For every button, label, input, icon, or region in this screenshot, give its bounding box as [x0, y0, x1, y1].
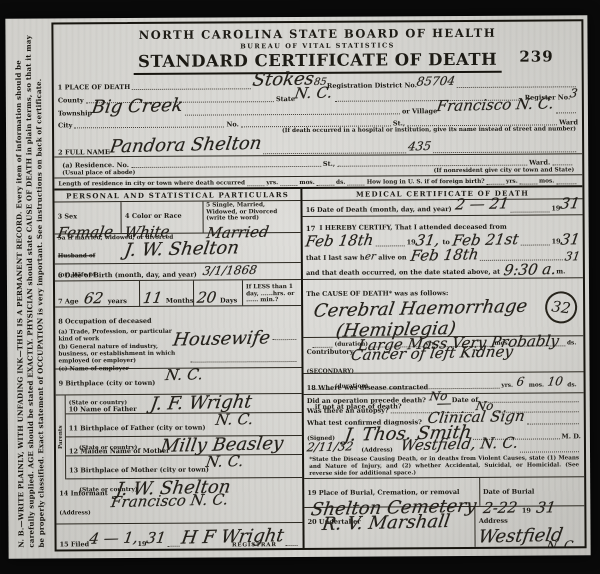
birthplace-value: N. C.	[165, 368, 204, 382]
undertaker-address-label: Address	[479, 517, 508, 525]
village-value: Francisco N. C.	[436, 98, 555, 114]
occupation-label: 8 Occupation of deceased	[58, 317, 151, 326]
form-header: NORTH CAROLINA STATE BOARD OF HEALTH BUR…	[53, 21, 581, 78]
margin-instructions: N. B.—WRITE PLAINLY, WITH UNFADING INK—T…	[6, 23, 53, 555]
dotted-rule	[527, 423, 579, 425]
age-label: 7 Age	[58, 298, 79, 306]
mother-bp-value: N. C.	[205, 455, 244, 469]
months-label: Months	[166, 297, 194, 305]
from-year-value: 31,	[415, 234, 441, 247]
howlong-label: How long in U. S. if of foreign birth?	[367, 179, 485, 186]
burial-year-value: 31	[535, 501, 556, 514]
two-column-area: PERSONAL AND STATISTICAL PARTICULARS 3 S…	[54, 187, 584, 549]
abode-note: (Usual place of abode)	[62, 170, 135, 177]
age-days-value: 20	[196, 292, 217, 305]
burial-row: 19 Place of Burial, Cremation, or remova…	[304, 477, 584, 508]
certify-line-1: 17 I HEREBY CERTIFY, That I attended dec…	[306, 216, 580, 233]
age-years-value: 62	[83, 292, 104, 305]
certificate-number: 239	[519, 47, 553, 65]
informant-address-value: Francisco N. C.	[110, 493, 229, 509]
mother-cell: 12 Maiden Name of Mother Milly Beasley	[66, 436, 302, 456]
undertaker-value: R. V. Marshall	[321, 514, 451, 532]
full-name-label: 2 FULL NAME	[58, 149, 110, 157]
operation-value: No	[429, 391, 448, 402]
filed-year-value: 31	[146, 532, 167, 545]
informant-address-label: (Address)	[59, 510, 90, 516]
certificate-title: STANDARD CERTIFICATE OF DEATH	[134, 50, 501, 75]
race-label: 4 Color or Race	[125, 212, 182, 220]
lastsaw-pre: that I last saw h	[306, 255, 365, 263]
dotted-rule	[556, 182, 576, 184]
city-label: City	[58, 122, 72, 130]
mother-value: Milly Beasley	[160, 436, 285, 454]
date-of-death-cell: 16 Date of Death (month, day, and year) …	[303, 199, 583, 216]
dod-label: 16 Date of Death (month, day, and year)	[306, 206, 452, 214]
parents-tab: Parents	[56, 395, 67, 479]
dotted-rule	[347, 184, 364, 186]
lastsaw-value: Feb 18th	[410, 248, 480, 262]
residence-ward-label: Ward.	[529, 159, 550, 167]
full-name-extra: 435	[407, 141, 432, 152]
cause-label: The CAUSE OF DEATH* was as follows:	[306, 289, 448, 298]
lastsaw-post: alive on	[378, 255, 406, 263]
sex-cell: 3 Sex Female	[54, 202, 121, 233]
where-sub-label: if not at place of death?	[315, 402, 402, 411]
age-years-cell: 7 Age 62 years	[55, 281, 139, 307]
lastsaw-year: 31	[564, 251, 581, 262]
informant-cell: 14 Informant J. W. Shelton (Address) Fra…	[56, 478, 302, 525]
dotted-rule	[521, 243, 550, 245]
state-value: N. C.	[294, 87, 333, 101]
occupation-a-line: (a) Trade, Profession, or particular kin…	[58, 328, 298, 343]
date-of-label: Date of	[452, 396, 478, 404]
father-cell: 10 Name of Father J. F. Wright	[66, 394, 302, 414]
burial-date-label: Date of Burial	[483, 488, 535, 496]
occurred-label: and that death occurred, on the date sta…	[306, 269, 500, 278]
age-row: 7 Age 62 years 11 Months 20 Days	[55, 280, 301, 308]
contributory-cell: Contributory Large Mass Very Probably (S…	[303, 336, 583, 374]
marital-cell: 5 Single, Married, Widowed, or Divorced …	[202, 201, 301, 233]
parents-label: Parents	[57, 426, 63, 450]
to-year-value: 31	[560, 233, 581, 246]
death-time-value: 9:30 a.	[503, 263, 557, 277]
dob-value: 3/1/1868	[202, 265, 258, 276]
parents-block: Parents 10 Name of Father J. F. Wright 1…	[56, 394, 303, 480]
dotted-rule	[286, 544, 298, 546]
father-label: 10 Name of Father	[69, 405, 137, 413]
age-months-value: 11	[142, 292, 163, 305]
cause-line1: Cerebral Haemorrhage	[313, 298, 529, 318]
cause-of-death-cell: The CAUSE OF DEATH* was as follows: Cere…	[303, 278, 583, 338]
dotted-rule	[487, 183, 504, 185]
father-bp-label: 11 Birthplace of Father (city or town)	[69, 424, 206, 433]
item-17-number: 17	[306, 224, 316, 233]
occupation-cell: 8 Occupation of deceased (a) Trade, Prof…	[55, 306, 302, 370]
county-label: County	[58, 97, 84, 105]
medical-column: MEDICAL CERTIFICATE OF DEATH 16 Date of …	[303, 187, 585, 548]
footnote-block: *State the Disease Causing Death, or in …	[304, 453, 584, 479]
dod-value: 2 — 21	[455, 197, 510, 211]
dotted-rule	[247, 184, 264, 186]
physician-address-value: Westfield, N. C.	[400, 437, 519, 453]
undertaker-address-value2: N. C.	[546, 540, 578, 551]
signed-date-value: 2/11/32	[306, 441, 354, 452]
undertaker-cell: 20 Undertaker R. V. Marshall	[305, 507, 475, 548]
scanned-death-certificate: N. B.—WRITE PLAINLY, WITH UNFADING INK—T…	[0, 0, 600, 574]
full-name-value: Pandora Shelton	[108, 136, 262, 155]
residence-st-label: St.,	[323, 160, 335, 168]
yrs-label: yrs.	[506, 179, 518, 186]
burial-place-cell: 19 Place of Burial, Cremation, or remova…	[304, 478, 479, 507]
registrar-signature: H F Wright	[180, 528, 285, 546]
dotted-rule	[317, 184, 334, 186]
age-days-cell: 20 Days	[193, 280, 242, 305]
age-months-cell: 11 Months	[139, 281, 193, 306]
mother-label: 12 Maiden Name of Mother	[69, 447, 170, 456]
birthplace-label: 9 Birthplace (city or town)	[59, 379, 156, 388]
mother-birthplace-cell: 13 Birthplace of Mother (city or town) N…	[66, 455, 302, 479]
occupation-a-value: Housewife	[172, 330, 271, 348]
age-less-label: If LESS than 1 day, ......hrs. or ......…	[246, 284, 298, 304]
dod-year: 31	[559, 197, 580, 210]
personal-column: PERSONAL AND STATISTICAL PARTICULARS 3 S…	[54, 189, 304, 550]
nonresident-note: (If nonresident give city or town and St…	[434, 168, 575, 176]
filed-label: 15 Filed	[60, 541, 90, 549]
dotted-rule	[511, 210, 550, 212]
residence-label: (a) Residence. No.	[62, 162, 129, 170]
husband-of-label: Husband of	[58, 253, 95, 259]
margin-note-text: N. B.—WRITE PLAINLY, WITH UNFADING INK—T…	[13, 30, 47, 548]
sex-race-marital-row: 3 Sex Female 4 Color or Race White 5 Sin…	[54, 201, 300, 235]
certify-cell: 17 I HEREBY CERTIFY, That I attended dec…	[303, 215, 583, 280]
ward-label: Ward	[559, 119, 578, 127]
contributory-label: Contributory	[307, 347, 354, 355]
footnote-text: *State the Disease Causing Death, or in …	[309, 455, 579, 478]
register-value: 3	[569, 88, 578, 98]
length-label: Length of residence in city or town wher…	[58, 181, 245, 189]
filed-cell: 15 Filed 4 — 1, 19 31 H F Wright REGISTR…	[56, 523, 302, 550]
dob-cell: 6 Date of Birth (month, day, and year) 3…	[55, 263, 301, 282]
mos-label: mos.	[539, 179, 554, 186]
burial-date-cell: Date of Burial 2-22 19 31	[479, 477, 584, 506]
township-value: Big Creek	[91, 98, 184, 115]
dotted-rule	[552, 163, 572, 165]
where-label: 18 Where was disease contracted	[307, 383, 428, 392]
dotted-rule	[168, 545, 180, 547]
dotted-rule	[263, 151, 406, 154]
st-label: St.,	[393, 120, 405, 128]
dotted-rule	[556, 111, 576, 113]
days-label: Days	[220, 297, 237, 305]
dotted-rule	[376, 244, 405, 246]
certificate-sheet: N. B.—WRITE PLAINLY, WITH UNFADING INK—T…	[5, 15, 590, 559]
cause-code-circled: 32	[543, 289, 579, 325]
md-label: M. D.	[562, 433, 581, 441]
birthplace-cell: 9 Birthplace (city or town) N. C. (State…	[55, 368, 301, 396]
yrs-label: yrs.	[266, 180, 278, 187]
dotted-rule	[520, 450, 579, 452]
sex-value: Female	[57, 226, 114, 240]
filed-date-value: 4 — 1,	[88, 532, 138, 546]
attended-from-value: Feb 18th	[305, 234, 375, 248]
occupation-a-label: (a) Trade, Profession, or particular kin…	[58, 329, 173, 343]
lastsaw-er-value: er	[364, 254, 376, 263]
mother-bp-label: 13 Birthplace of Mother (city or town)	[69, 466, 209, 475]
father-bp-value: N. C.	[215, 413, 254, 427]
dotted-rule	[520, 183, 537, 185]
certificate-form: NORTH CAROLINA STATE BOARD OF HEALTH BUR…	[51, 19, 586, 551]
dotted-rule	[280, 184, 297, 186]
dotted-rule	[433, 150, 576, 153]
ds-label: ds.	[336, 180, 345, 187]
burial-date-value: 2-22	[482, 501, 518, 515]
dotted-rule	[190, 360, 296, 363]
m-label: m.	[556, 269, 565, 277]
dotted-rule	[272, 338, 297, 340]
dob-label: 6 Date of Birth (month, day, and year)	[58, 271, 197, 279]
sex-label: 3 Sex	[58, 212, 78, 220]
informant-label: 14 Informant	[59, 489, 108, 497]
contributory-mos-value: 6	[516, 376, 525, 386]
no-label: No.	[226, 121, 238, 129]
mos-label: mos.	[299, 180, 314, 187]
race-cell: 4 Color or Race White	[121, 202, 202, 233]
occupation-b-label: (b) General nature of industry, business…	[58, 344, 188, 365]
contributory-line2: Cancer of left Kidney	[350, 345, 514, 362]
reg-district-value: 85704	[416, 76, 456, 87]
marital-label: 5 Single, Married, Widowed, or Divorced …	[206, 202, 298, 223]
years-label: years	[108, 298, 127, 306]
state-label: State	[276, 96, 295, 104]
contributory-ds-value: 10	[547, 376, 564, 387]
race-value: White	[124, 225, 171, 239]
age-less-cell: If LESS than 1 day, ......hrs. or ......…	[242, 280, 301, 305]
spouse-value: J. W. Shelton	[123, 240, 240, 258]
